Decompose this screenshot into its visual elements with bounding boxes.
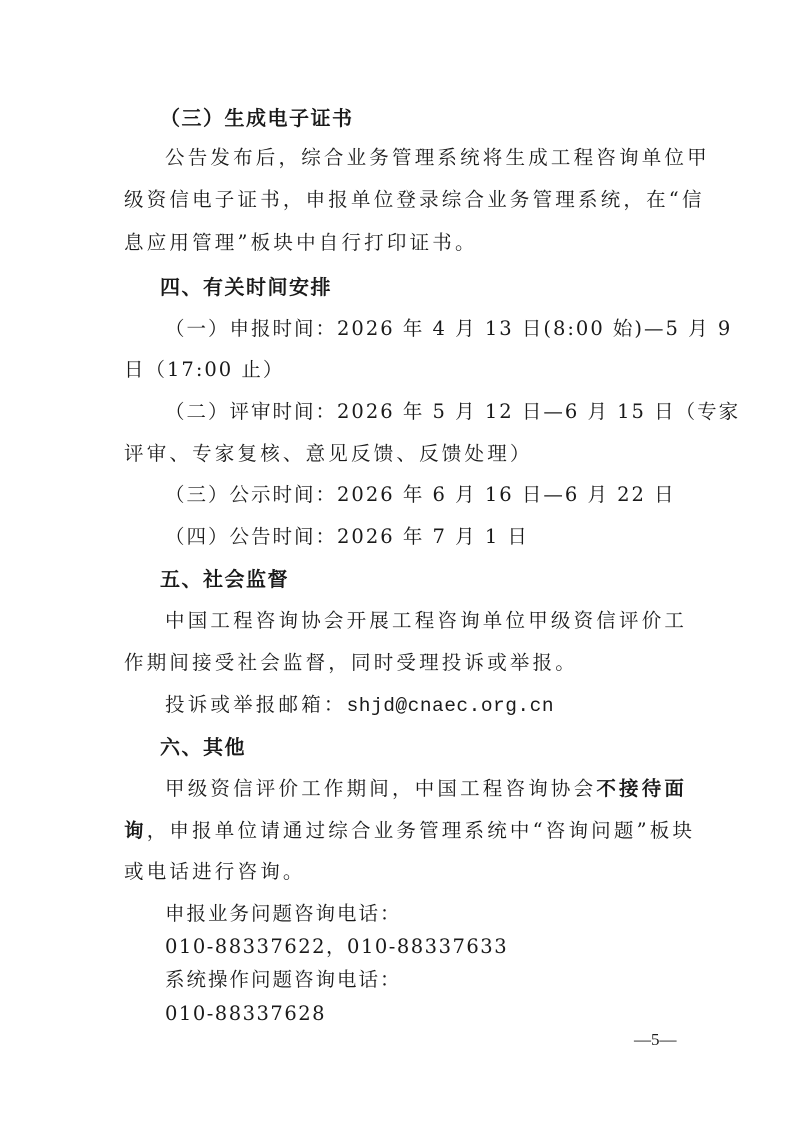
complaint-email-row: 投诉或举报邮箱：shjd@cnaec.org.cn xyxy=(165,693,725,718)
business-phone-numbers: 010-88337622，010-88337633 xyxy=(165,935,725,959)
text-normal: 甲级资信评价工作期间，中国工程咨询协会 xyxy=(165,777,596,800)
schedule-item-review-cont: 评审、专家复核、意见反馈、反馈处理） xyxy=(124,442,684,466)
complaint-email-label: 投诉或举报邮箱： xyxy=(165,693,347,716)
text-normal: ，申报单位请通过综合业务管理系统中“咨询问题”板块 xyxy=(147,819,695,842)
paragraph-line: 中国工程咨询协会开展工程咨询单位甲级资信评价工 xyxy=(165,609,725,633)
paragraph-line: 询，申报单位请通过综合业务管理系统中“咨询问题”板块 xyxy=(124,819,684,843)
paragraph-line: 公告发布后，综合业务管理系统将生成工程咨询单位甲 xyxy=(165,146,725,170)
paragraph-line: 级资信电子证书，申报单位登录综合业务管理系统，在“信 xyxy=(124,188,684,212)
section-heading-other: 六、其他 xyxy=(160,735,720,759)
section-heading-generate-certificate: （三）生成电子证书 xyxy=(160,106,720,130)
paragraph-line: 或电话进行咨询。 xyxy=(124,860,684,884)
schedule-item-publicity: （三）公示时间：2026 年 6 月 16 日—6 月 22 日 xyxy=(165,483,725,507)
schedule-item-announcement: （四）公告时间：2026 年 7 月 1 日 xyxy=(165,525,725,549)
section-heading-supervision: 五、社会监督 xyxy=(160,567,720,591)
paragraph-line: 息应用管理”板块中自行打印证书。 xyxy=(124,231,684,255)
schedule-item-application-cont: 日（17:00 止） xyxy=(124,358,684,382)
text-emphasis: 不接待面 xyxy=(596,777,687,800)
complaint-email-link[interactable]: shjd@cnaec.org.cn xyxy=(347,695,554,717)
text-emphasis: 询 xyxy=(124,819,147,842)
schedule-item-review: （二）评审时间：2026 年 5 月 12 日—6 月 15 日（专家 xyxy=(165,400,725,424)
paragraph-line: 作期间接受社会监督，同时受理投诉或举报。 xyxy=(124,651,684,675)
system-phone-label: 系统操作问题咨询电话： xyxy=(165,968,725,992)
business-phone-label: 申报业务问题咨询电话： xyxy=(165,902,725,926)
schedule-item-application: （一）申报时间：2026 年 4 月 13 日(8:00 始)—5 月 9 xyxy=(165,317,725,341)
page-number: —5— xyxy=(634,1030,677,1050)
paragraph-line: 甲级资信评价工作期间，中国工程咨询协会不接待面 xyxy=(165,777,725,801)
system-phone-number: 010-88337628 xyxy=(165,1002,725,1026)
section-heading-schedule: 四、有关时间安排 xyxy=(160,275,720,299)
